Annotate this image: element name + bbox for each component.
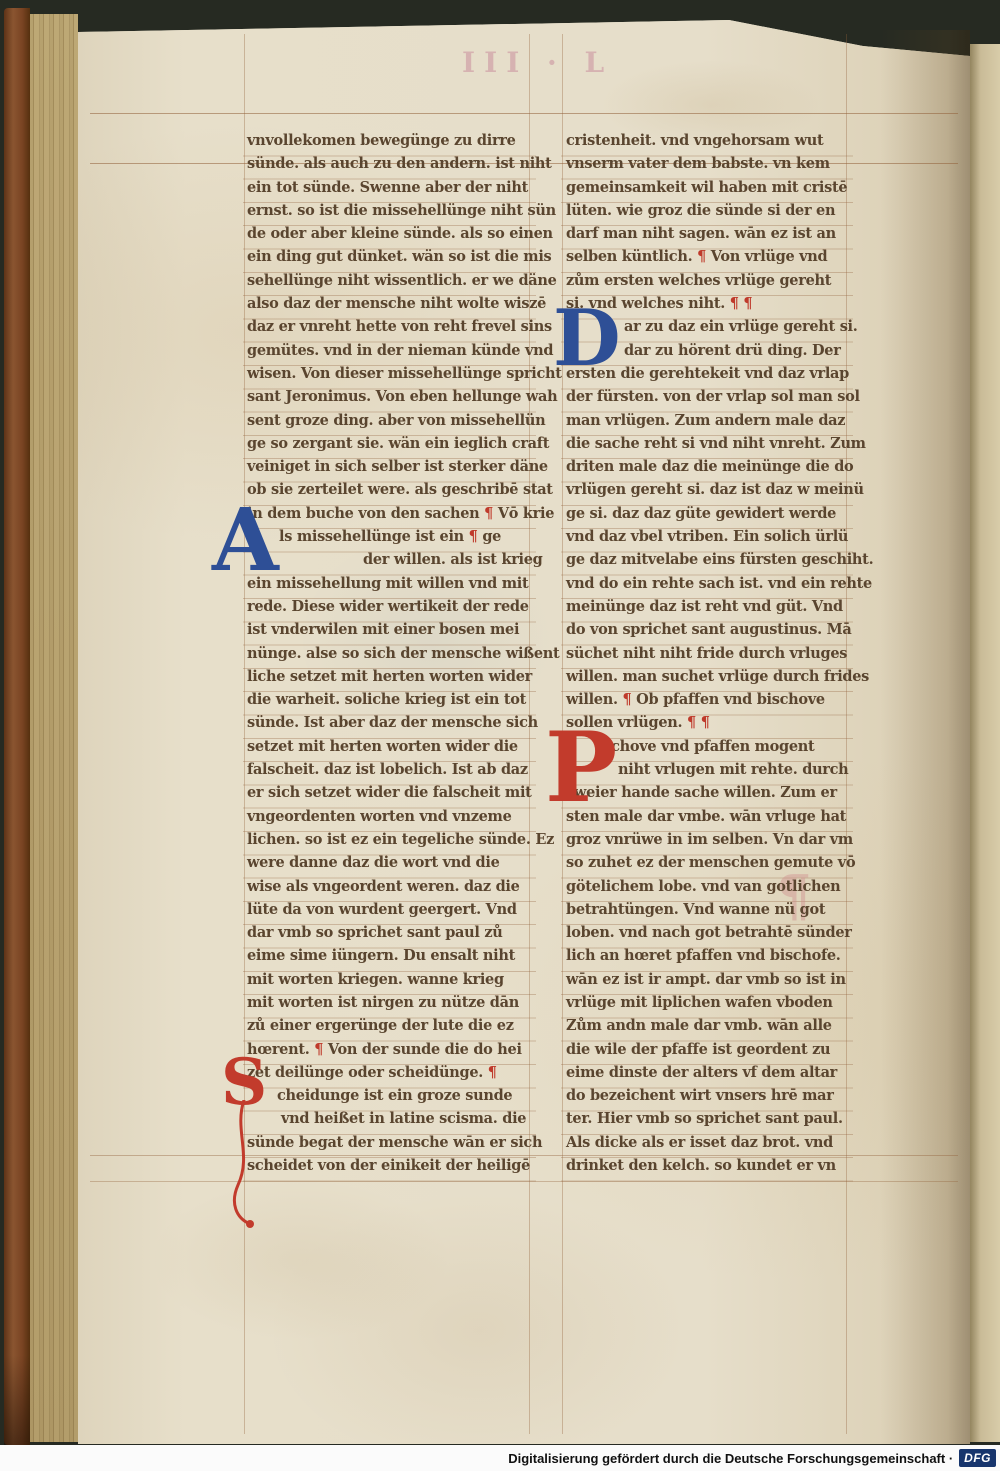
text-line: vnd daz vbel vtriben. Ein solich ürlü	[566, 525, 846, 548]
text-line: liche setzet mit herten worten wider	[247, 665, 528, 688]
text-line: sehellünge niht wissentlich. er we däne	[247, 269, 528, 292]
text-line: lüten. wie groz die sünde si der en	[566, 199, 846, 222]
pilcrow-mark: ¶	[484, 505, 493, 522]
text-line: der willen. als ist krieg	[247, 548, 528, 571]
text-line: ls missehellünge ist ein ¶ ge	[247, 525, 528, 548]
text-line: süchet niht niht fride durch vrluges	[566, 642, 846, 665]
text-line: eime sime iüngern. Du ensalt niht	[247, 944, 528, 967]
book-leather-spine	[4, 8, 30, 1445]
text-line: sünde. als auch zu den andern. ist niht	[247, 152, 528, 175]
text-line: ge daz mitvelabe eins fürsten geschiht.	[566, 548, 846, 571]
text-line: vngeordenten worten vnd vnzeme	[247, 805, 528, 828]
text-line: ob sie zerteilet were. als geschribē sta…	[247, 478, 528, 501]
header-rubric: III · L	[462, 46, 622, 79]
text-line: zet deilünge oder scheidünge. ¶	[247, 1061, 528, 1084]
text-line: mit worten ist nirgen zu nütze dān	[247, 991, 528, 1014]
text-line: scheidet von der einikeit der heiligē	[247, 1154, 528, 1177]
text-line: man vrlügen. Zum andern male daz	[566, 409, 846, 432]
text-line: ge so zergant sie. wän ein ieglich craft	[247, 432, 528, 455]
text-line: setzet mit herten worten wider die	[247, 735, 528, 758]
pilcrow-mark: ¶	[687, 714, 696, 731]
text-line: nünge. alse so sich der mensche wißent	[247, 642, 528, 665]
pilcrow-mark: ¶	[743, 295, 752, 312]
text-line: selben küntlich. ¶ Von vrlüge vnd	[566, 245, 846, 268]
text-line: darf man niht sagen. wān ez ist an	[566, 222, 846, 245]
text-line: de oder aber kleine sünde. als so einen	[247, 222, 528, 245]
digitization-footer: Digitalisierung gefördert durch die Deut…	[0, 1445, 1000, 1471]
text-line: ist vnderwilen mit einer bosen mei	[247, 618, 528, 641]
text-line: gemeinsamkeit wil haben mit cristē	[566, 176, 846, 199]
illuminated-initial-D: D	[553, 300, 621, 378]
text-line: meinünge daz ist reht vnd güt. Vnd	[566, 595, 846, 618]
text-line: dar vmb so sprichet sant paul zů	[247, 921, 528, 944]
text-line: vnvollekomen bewegünge zu dirre	[247, 129, 528, 152]
text-line: wise als vngeordent weren. daz die	[247, 875, 528, 898]
text-line: rede. Diese wider wertikeit der rede	[247, 595, 528, 618]
text-line: eime dinste der alters vf dem altar	[566, 1061, 846, 1084]
text-line: wisen. Von dieser missehellünge spricht	[247, 362, 528, 385]
text-line: ein ding gut dünket. wän so ist die mis	[247, 245, 528, 268]
text-line: ein missehellung mit willen vnd mit	[247, 572, 528, 595]
text-line: gemütes. vnd in der nieman künde vnd	[247, 339, 528, 362]
text-line: falscheit. daz ist lobelich. Ist ab daz	[247, 758, 528, 781]
text-line: sant Jeronimus. Von eben hellunge wah	[247, 385, 528, 408]
text-line: willen. ¶ Ob pfaffen vnd bischove	[566, 688, 846, 711]
text-line: die sache reht si vnd niht vnreht. Zum	[566, 432, 846, 455]
text-line: vnd do ein rehte sach ist. vnd ein rehte	[566, 572, 846, 595]
text-line: die warheit. soliche krieg ist ein tot	[247, 688, 528, 711]
text-line: sünde begat der mensche wān er sich	[247, 1131, 528, 1154]
text-line: sünde. Ist aber daz der mensche sich	[247, 711, 528, 734]
text-line: zům ersten welches vrlüge gereht	[566, 269, 846, 292]
text-line: cristenheit. vnd vngehorsam wut	[566, 129, 846, 152]
pilcrow-mark: ¶	[314, 1041, 323, 1058]
text-line: vnd heißet in latine scisma. die	[247, 1107, 528, 1130]
illuminated-initial-A: A	[212, 498, 279, 584]
pilcrow-mark: ¶	[469, 528, 478, 545]
text-line: hœrent. ¶ Von der sunde die do hei	[247, 1038, 528, 1061]
pilcrow-mark: ¶	[730, 295, 739, 312]
text-line: wān ez ist ir ampt. dar vmb so ist in	[566, 968, 846, 991]
footer-credit-text: Digitalisierung gefördert durch die Deut…	[508, 1451, 953, 1466]
text-line: mit worten kriegen. wanne krieg	[247, 968, 528, 991]
pilcrow-mark: ¶	[697, 248, 706, 265]
next-page-edge	[970, 44, 1000, 1442]
text-line: loben. vnd nach got betrahtē sünder	[566, 921, 846, 944]
text-line: Als dicke als er isset daz brot. vnd	[566, 1131, 846, 1154]
text-line: driten male daz die meinünge die do	[566, 455, 846, 478]
pilcrow-mark: ¶	[488, 1064, 497, 1081]
ruled-line-horizontal	[90, 113, 958, 114]
text-line: er sich setzet wider die falscheit mit	[247, 781, 528, 804]
text-line: daz er vnreht hette von reht frevel sins	[247, 315, 528, 338]
text-line: sent groze ding. aber von missehellün	[247, 409, 528, 432]
text-line: in dem buche von den sachen ¶ Vō krie	[247, 502, 528, 525]
text-line: also daz der mensche niht wolte wiszē	[247, 292, 528, 315]
text-line: ter. Hier vmb so sprichet sant paul.	[566, 1107, 846, 1130]
text-line: cheidunge ist ein groze sunde	[247, 1084, 528, 1107]
text-line: vnserm vater dem babste. vn kem	[566, 152, 846, 175]
text-line: veiniget in sich selber ist sterker däne	[247, 455, 528, 478]
text-line: vrlügen gereht si. daz ist daz w meinü	[566, 478, 846, 501]
text-line: so zuhet ez der menschen gemute vō	[566, 851, 846, 874]
text-line: do von sprichet sant augustinus. Mā	[566, 618, 846, 641]
text-line: Zům andn male dar vmb. wān alle	[566, 1014, 846, 1037]
text-line: betrahtüngen. Vnd wanne nü got	[566, 898, 846, 921]
page-stack-edges	[30, 14, 78, 1442]
pilcrow-mark: ¶	[701, 714, 710, 731]
text-line: götelichem lobe. vnd van gotlichen	[566, 875, 846, 898]
text-line: vrlüge mit liplichen wafen vboden	[566, 991, 846, 1014]
text-line: groz vnrüwe in im selben. Vn dar vm	[566, 828, 846, 851]
initial-flourish	[226, 1100, 266, 1230]
text-line: were danne daz die wort vnd die	[247, 851, 528, 874]
text-column-right: cristenheit. vnd vngehorsam wutvnserm va…	[566, 129, 846, 1181]
illuminated-initial-P: P	[545, 720, 617, 816]
text-column-left: vnvollekomen bewegünge zu dirresünde. al…	[247, 129, 528, 1181]
text-line: die wile der pfaffe ist geordent zu	[566, 1038, 846, 1061]
text-line: lichen. so ist ez ein tegeliche sünde. E…	[247, 828, 528, 851]
pilcrow-mark: ¶	[622, 691, 631, 708]
text-line: do bezeichent wirt vnsers hrē mar	[566, 1084, 846, 1107]
text-line: der fürsten. von der vrlap sol man sol	[566, 385, 846, 408]
text-line: lüte da von wurdent geergert. Vnd	[247, 898, 528, 921]
text-line: ernst. so ist die missehellünge niht sün	[247, 199, 528, 222]
dfg-logo: DFG	[959, 1449, 996, 1467]
text-line: ein tot sünde. Swenne aber der niht	[247, 176, 528, 199]
text-line: lich an hœret pfaffen vnd bischofe.	[566, 944, 846, 967]
text-line: ge si. daz daz güte gewidert werde	[566, 502, 846, 525]
text-line: drinket den kelch. so kundet er vn	[566, 1154, 846, 1177]
text-line: zů einer ergerünge der lute die ez	[247, 1014, 528, 1037]
text-line: willen. man suchet vrlüge durch frides	[566, 665, 846, 688]
